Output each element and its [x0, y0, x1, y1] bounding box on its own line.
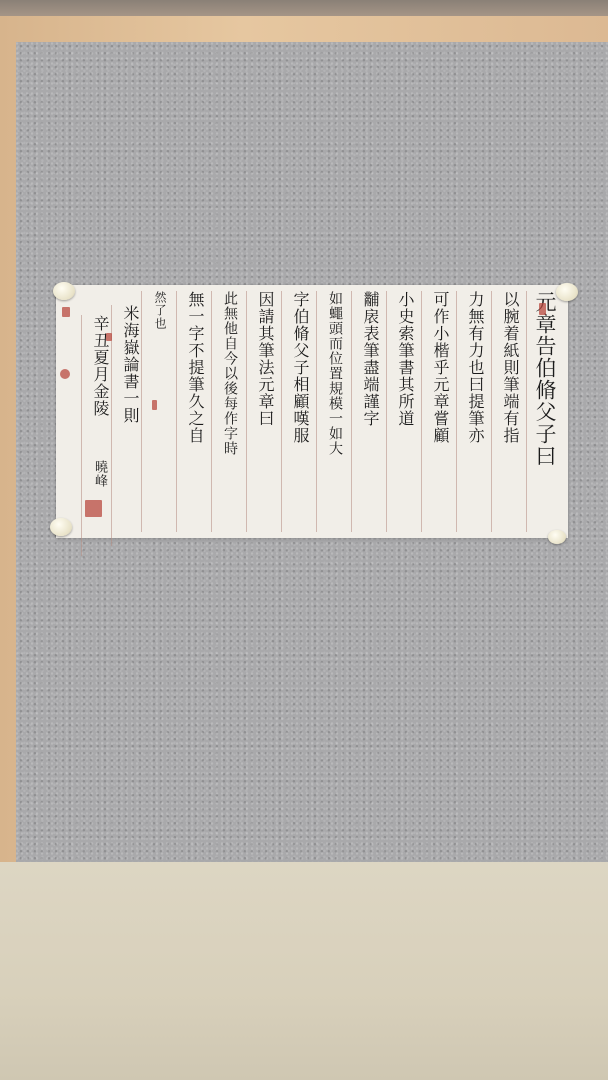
table-surface: [0, 862, 608, 1080]
seal-stamp: [152, 400, 157, 410]
seal-stamp: [539, 303, 546, 315]
calligraphy-column: 此無他自今以後每作字時: [211, 291, 248, 532]
calligraphy-column: 可作小楷乎元章嘗顧: [421, 291, 458, 532]
calligraphy-column: 以腕着紙則筆端有指: [491, 291, 528, 532]
pushpin: [556, 283, 578, 301]
pushpin: [53, 282, 75, 300]
calligraphy-column: 黼扆表筆盡端謹字: [351, 291, 388, 532]
calligraphy-column: 力無有力也曰提筆亦: [456, 291, 493, 532]
calligraphy-column: 因請其筆法元章曰: [246, 291, 283, 532]
name-seal-stamp: [85, 500, 102, 517]
calligraphy-column: 元章告伯脩父子曰: [526, 291, 563, 532]
pushpin: [548, 530, 566, 544]
seal-stamp: [106, 333, 112, 341]
calligraphy-paper: 元章告伯脩父子曰 以腕着紙則筆端有指 力無有力也曰提筆亦 可作小楷乎元章嘗顧 小…: [56, 285, 568, 538]
calligraphy-column: 字伯脩父子相顧嘆服: [281, 291, 318, 532]
pushpin: [50, 518, 72, 536]
wall-background: [0, 0, 608, 16]
calligraphy-column: 如蠅頭而位置規模一如大: [316, 291, 353, 532]
calligraphy-column: 無一字不提筆久之自: [176, 291, 213, 532]
seal-stamp: [60, 369, 70, 379]
seal-stamp: [62, 307, 70, 317]
calligraphy-column: 小史索筆書其所道: [386, 291, 423, 532]
